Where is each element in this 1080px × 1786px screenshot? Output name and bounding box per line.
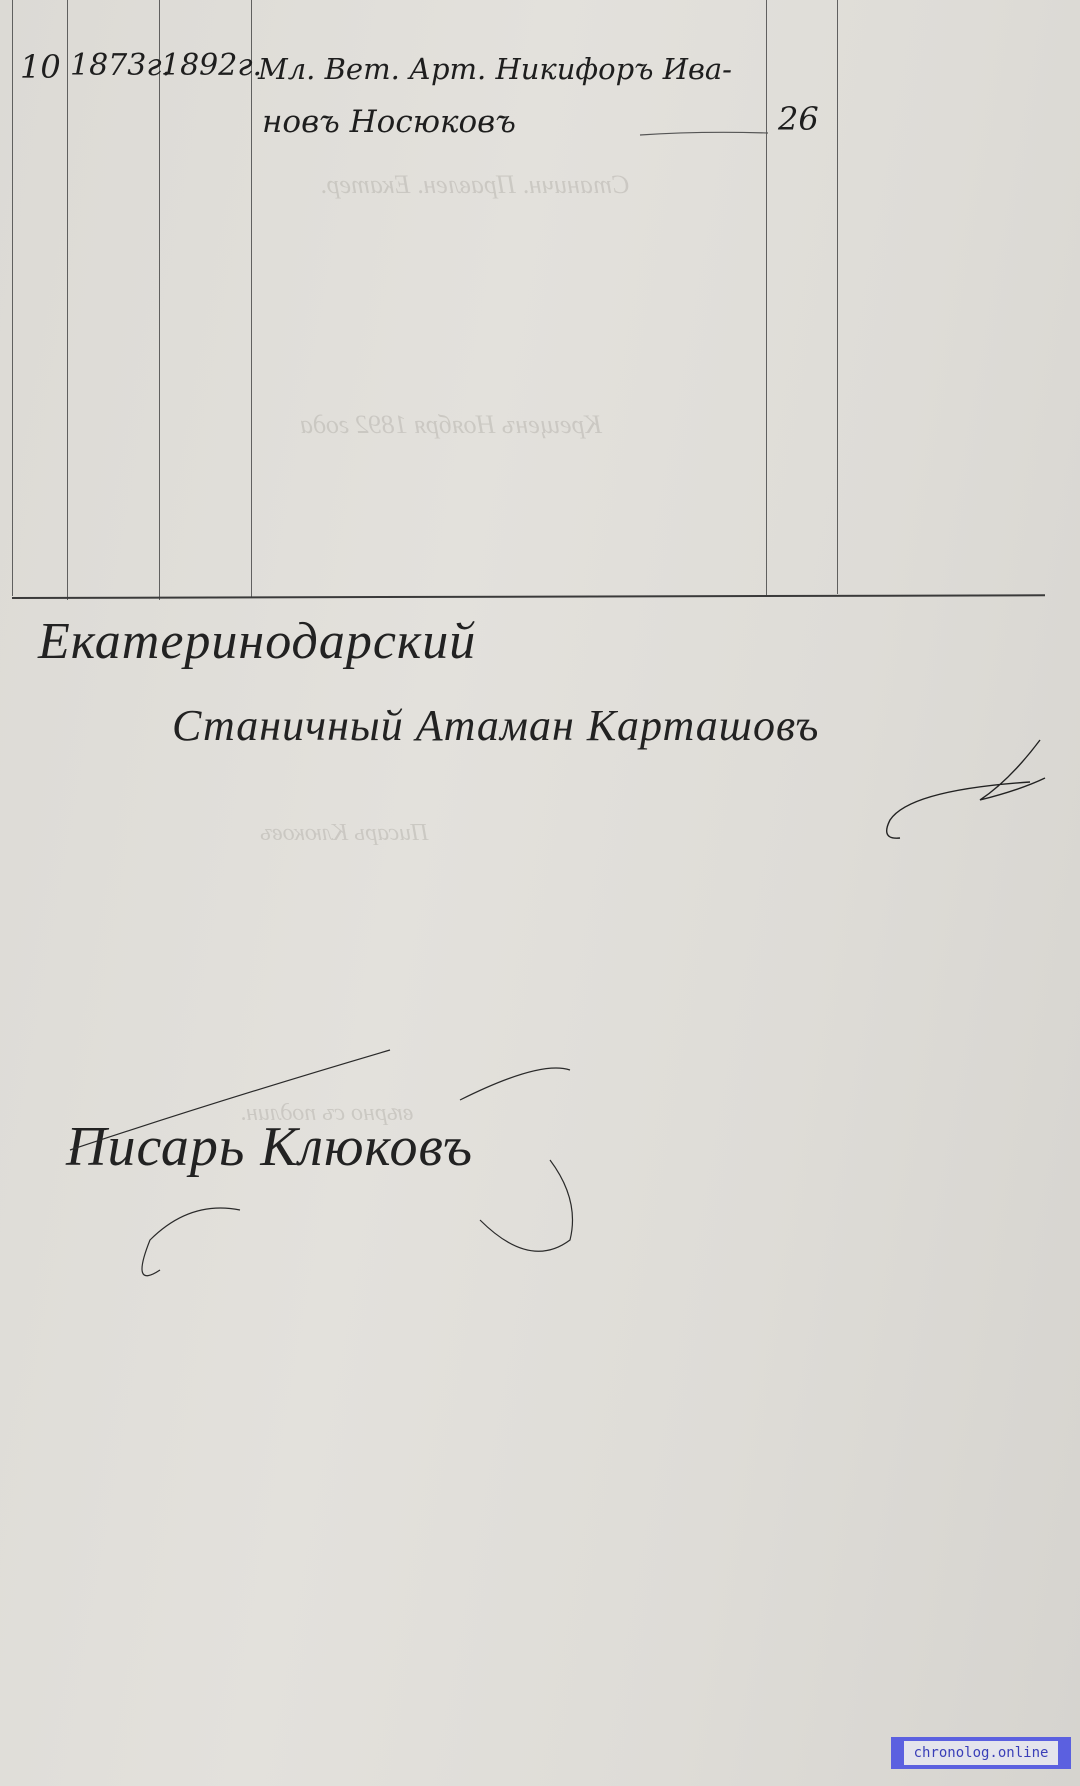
column-rule [159, 0, 160, 600]
column-rule [251, 0, 252, 598]
row-number: 10 [20, 48, 61, 86]
description-line-1: Мл. Вет. Арт. Никифоръ Ива- [258, 52, 732, 86]
description-line-2: новъ Носюковъ [262, 104, 516, 140]
year-entered: 1892г. [161, 48, 262, 83]
signature-ataman-line-2: Станичный Атаман Карташовъ [172, 700, 819, 751]
column-rule [837, 0, 838, 594]
bleed-through-text: Писарь Клюковъ [260, 820, 428, 847]
table-bottom-rule [12, 594, 1045, 598]
column-rule [766, 0, 767, 596]
column-rule [12, 0, 13, 596]
value-cell: 26 [778, 100, 819, 138]
signature-flourish [60, 1040, 580, 1300]
bleed-through-text: Крещенъ Ноября 1892 года [300, 410, 602, 440]
signature-ataman-line-1: Екатеринодарский [38, 612, 476, 671]
watermark-badge: chronolog.online [891, 1737, 1071, 1769]
register-page: 10 1873г. 1892г. Мл. Вет. Арт. Никифоръ … [0, 0, 1080, 1786]
column-rule [67, 0, 68, 600]
signature-flourish [870, 720, 1070, 850]
year-born: 1873г. [70, 48, 171, 83]
fill-line [640, 125, 770, 145]
bleed-through-text: Станичн. Правлен. Екатер. [320, 170, 630, 200]
watermark-text: chronolog.online [904, 1741, 1059, 1765]
